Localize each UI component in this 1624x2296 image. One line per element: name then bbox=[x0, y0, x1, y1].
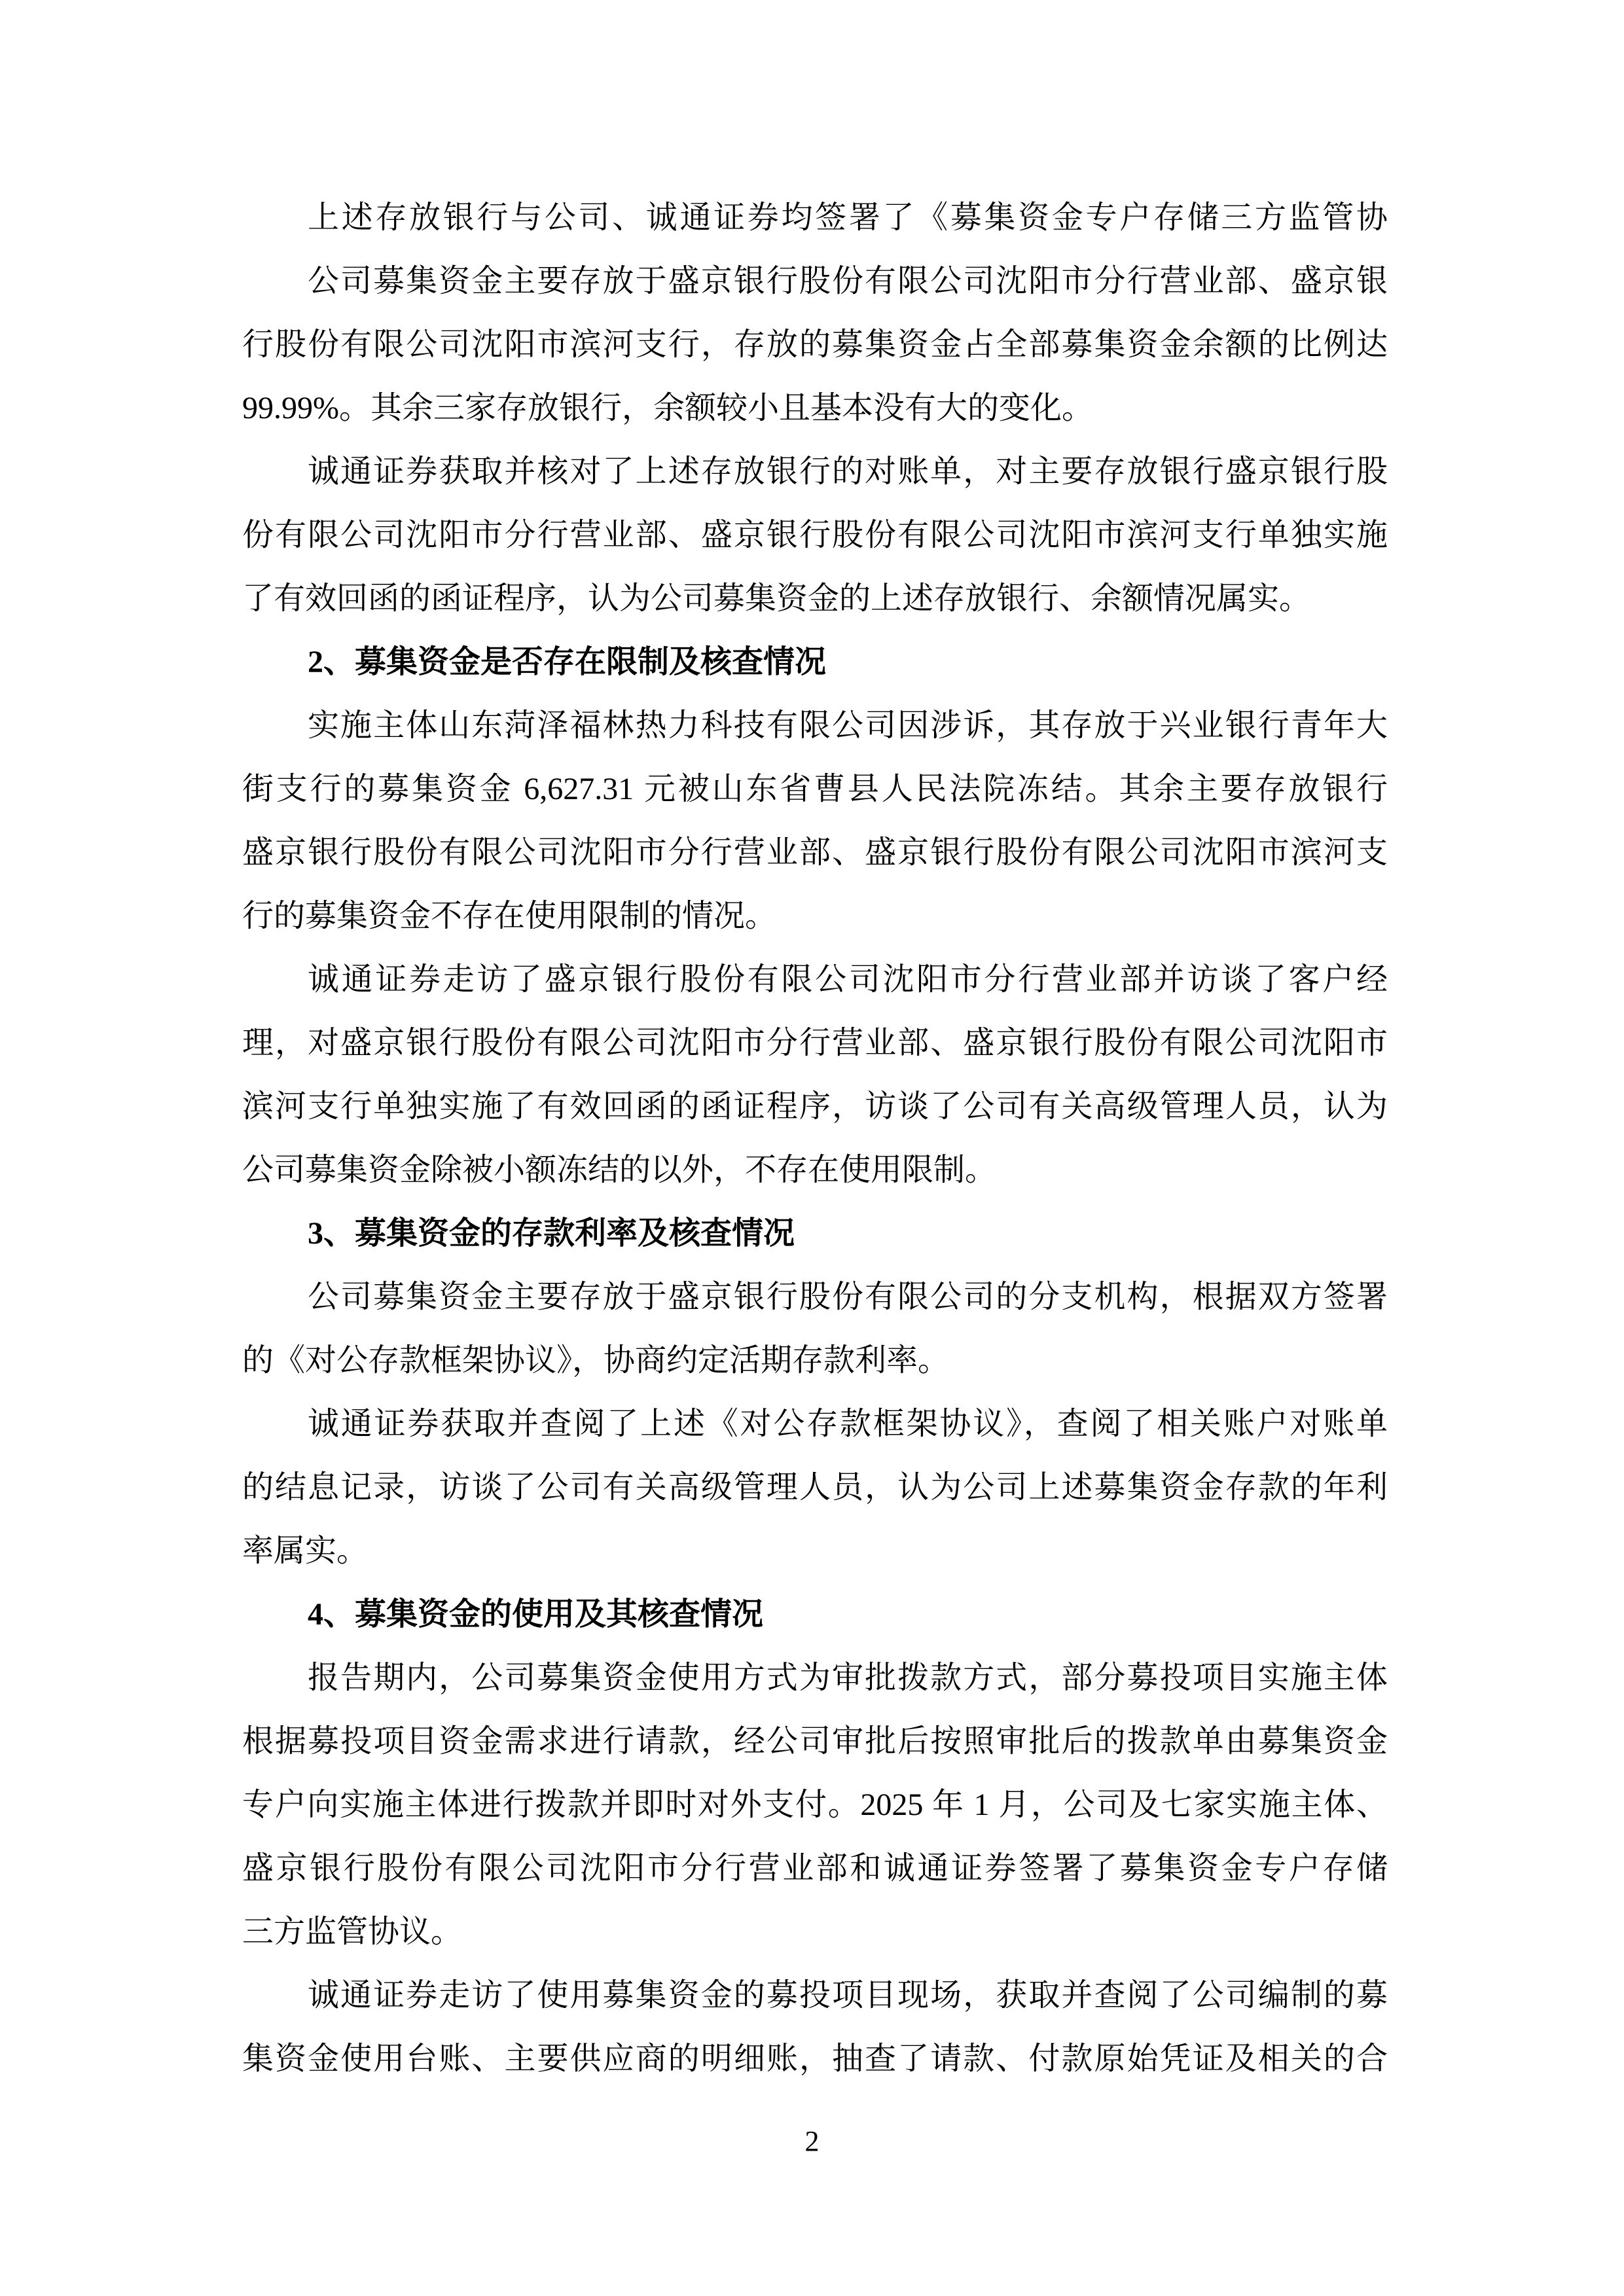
section-heading: 4、募集资金的使用及其核查情况 bbox=[242, 1583, 1388, 1646]
text-line: 份有限公司沈阳市分行营业部、盛京银行股份有限公司沈阳市滨河支行单独实施 bbox=[242, 503, 1388, 567]
text-line: 诚通证券走访了使用募集资金的募投项目现场，获取并查阅了公司编制的募 bbox=[242, 1964, 1388, 2027]
text-line: 诚通证券走访了盛京银行股份有限公司沈阳市分行营业部并访谈了客户经 bbox=[242, 948, 1388, 1011]
text-line: 诚通证券获取并核对了上述存放银行的对账单，对主要存放银行盛京银行股 bbox=[242, 440, 1388, 503]
text-line: 率属实。 bbox=[242, 1519, 1388, 1583]
text-line: 报告期内，公司募集资金使用方式为审批拨款方式，部分募投项目实施主体 bbox=[242, 1646, 1388, 1710]
text-line: 集资金使用台账、主要供应商的明细账，抽查了请款、付款原始凭证及相关的合 bbox=[242, 2027, 1388, 2090]
document-body: 上述存放银行与公司、诚通证券均签署了《募集资金专户存储三方监管协议》。公司募集资… bbox=[242, 186, 1388, 2090]
text-line: 盛京银行股份有限公司沈阳市分行营业部和诚通证券签署了募集资金专户存储 bbox=[242, 1837, 1388, 1900]
text-line: 滨河支行单独实施了有效回函的函证程序，访谈了公司有关高级管理人员，认为 bbox=[242, 1075, 1388, 1138]
text-line: 诚通证券获取并查阅了上述《对公存款框架协议》，查阅了相关账户对账单 bbox=[242, 1392, 1388, 1456]
text-line: 专户向实施主体进行拨款并即时对外支付。2025 年 1 月，公司及七家实施主体、 bbox=[242, 1773, 1388, 1837]
text-line: 上述存放银行与公司、诚通证券均签署了《募集资金专户存储三方监管协议》。 bbox=[242, 186, 1388, 249]
text-line: 实施主体山东菏泽福林热力科技有限公司因涉诉，其存放于兴业银行青年大 bbox=[242, 694, 1388, 757]
text-line: 公司募集资金主要存放于盛京银行股份有限公司沈阳市分行营业部、盛京银 bbox=[242, 249, 1388, 313]
page-number: 2 bbox=[805, 2125, 820, 2157]
text-line: 的结息记录，访谈了公司有关高级管理人员，认为公司上述募集资金存款的年利 bbox=[242, 1456, 1388, 1519]
text-line: 了有效回函的函证程序，认为公司募集资金的上述存放银行、余额情况属实。 bbox=[242, 567, 1388, 630]
text-line: 根据募投项目资金需求进行请款，经公司审批后按照审批后的拨款单由募集资金 bbox=[242, 1710, 1388, 1773]
section-heading: 3、募集资金的存款利率及核查情况 bbox=[242, 1202, 1388, 1265]
text-line: 行的募集资金不存在使用限制的情况。 bbox=[242, 884, 1388, 948]
text-line: 行股份有限公司沈阳市滨河支行，存放的募集资金占全部募集资金余额的比例达 bbox=[242, 313, 1388, 376]
text-line: 公司募集资金除被小额冻结的以外，不存在使用限制。 bbox=[242, 1138, 1388, 1202]
section-heading: 2、募集资金是否存在限制及核查情况 bbox=[242, 630, 1388, 694]
text-line: 盛京银行股份有限公司沈阳市分行营业部、盛京银行股份有限公司沈阳市滨河支 bbox=[242, 821, 1388, 884]
text-line: 三方监管协议。 bbox=[242, 1900, 1388, 1964]
text-line: 公司募集资金主要存放于盛京银行股份有限公司的分支机构，根据双方签署 bbox=[242, 1265, 1388, 1329]
page-footer: 2 bbox=[0, 2122, 1624, 2161]
text-line: 理，对盛京银行股份有限公司沈阳市分行营业部、盛京银行股份有限公司沈阳市 bbox=[242, 1011, 1388, 1075]
text-line: 街支行的募集资金 6,627.31 元被山东省曹县人民法院冻结。其余主要存放银行 bbox=[242, 757, 1388, 821]
text-line: 的《对公存款框架协议》，协商约定活期存款利率。 bbox=[242, 1329, 1388, 1392]
text-line: 99.99%。其余三家存放银行，余额较小且基本没有大的变化。 bbox=[242, 376, 1388, 440]
document-page: 上述存放银行与公司、诚通证券均签署了《募集资金专户存储三方监管协议》。公司募集资… bbox=[0, 0, 1624, 2296]
